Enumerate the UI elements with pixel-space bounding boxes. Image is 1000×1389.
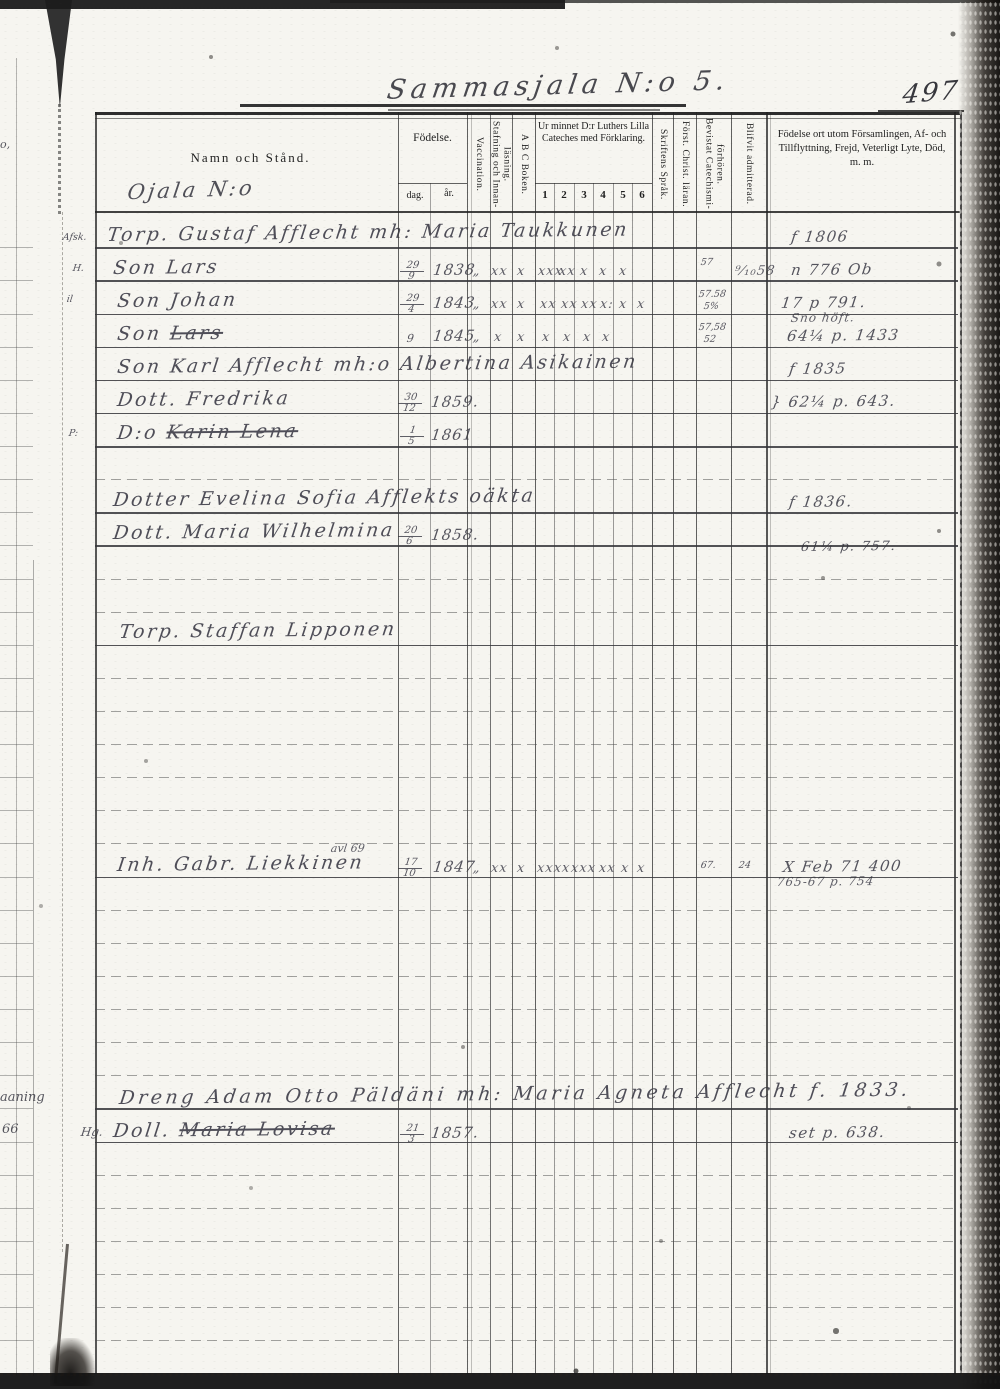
grid-line [95,380,958,382]
birth-day: 9 [406,332,416,345]
grid-line [95,1042,958,1043]
grid-line [0,579,33,580]
grid-line [95,843,958,844]
grid-line [535,183,652,184]
catechism-mark: x [598,264,608,279]
grid-line [95,943,958,944]
catechism-mark: x [541,330,551,345]
grid-line [95,112,97,1374]
catechism-mark: x [601,330,611,345]
column-header-scripture-language: Skriftens Språk. [652,117,673,211]
grid-line [95,612,958,613]
grid-line [95,810,958,811]
column-header-remarks: Födelse ort utom Församlingen, Af- och T… [776,128,948,170]
grid-line [0,545,33,546]
grid-line [95,777,958,778]
name-struck: Lars [169,322,225,345]
column-header-name: Namn och Stånd. [118,150,383,166]
grid-line [0,1042,33,1043]
grid-line [613,183,614,1374]
column-header-birth: Födelse. [398,132,467,144]
remark: set p. 638. [788,1123,887,1142]
grid-line [16,58,17,1376]
spelling-mark: xx [490,861,509,876]
grid-line [673,112,674,1374]
name-part: D:o [116,421,168,444]
name-entry: Dott. Maria Wilhelmina [112,519,396,544]
grid-line [0,943,33,944]
place-name-handwritten: Ojala N:o [126,176,257,204]
grid-line [0,347,33,348]
meeting-note: 57 [700,257,714,268]
grid-line [0,512,33,513]
grid-line [95,711,958,712]
catechism-mark: x [562,330,572,345]
grid-line [0,280,33,281]
birth-year: 1858. [430,525,480,544]
ledger-table: Namn och Stånd. Ojala N:o Födelse. dag. … [0,0,1000,1389]
column-header-christian-doctrine: Först. Christ. läran. [673,117,696,211]
scanned-ledger-page: Sammasjala N:o 5. 497 Namn och Stånd. Oj… [0,0,1000,1389]
grid-line [696,112,697,1374]
column-header-catechism-meetings: Bevistat Catechismi-förhören. [696,117,731,211]
grid-line [0,910,33,911]
catechism-col-4: 4 [594,189,612,201]
ledger-row: Hg. Doll. Maria Lovisa 213 1857. set p. … [0,1115,1000,1145]
grid-line [95,247,958,249]
birth-day: 206 [397,526,424,547]
grid-line [731,112,732,1374]
birth-year: 1859. [430,392,480,411]
grid-line [593,183,594,1374]
remark: 64¼ p. 1433 [786,326,901,345]
catechism-mark: x [582,330,592,345]
grid-line [95,112,960,115]
name-entry: D:o Karin Lena [116,420,300,444]
grid-line [95,645,958,647]
remark: X Feb 71 400 [782,857,903,876]
grid-line [95,446,958,448]
catechism-mark: x [618,264,628,279]
grid-line [95,877,958,879]
vaccination-mark: „ [472,330,482,345]
name-struck: Maria Lovisa [178,1118,336,1142]
meeting-note-2: 5% [703,301,720,312]
birth-day: 294 [399,294,426,315]
birth-day-den: 3 [399,1135,424,1145]
grid-line [490,112,491,1374]
name-entry: Torp. Staffan Lipponen [118,618,398,643]
grid-line [0,1009,33,1010]
grid-line [512,112,513,1374]
column-header-abc-book: A B C Boken. [512,117,535,211]
grid-line [95,1175,958,1176]
grid-line [95,1075,958,1076]
grid-line [0,380,33,381]
catechism-mark: x [579,264,589,279]
grid-line [0,744,33,745]
scan-edge-right [958,0,1000,1389]
grid-line [0,1274,33,1275]
grid-line [95,678,958,679]
grid-line [0,1340,33,1341]
grid-line [766,112,768,1374]
scan-edge-bottom [0,1373,1000,1389]
abc-mark: x [516,861,526,876]
remark: 17 p 791. [780,293,868,312]
grid-line [0,1208,33,1209]
catechism-mark: xx [580,297,599,312]
grid-line [0,479,33,480]
spelling-mark: xx [490,264,509,279]
ledger-row: Afsk. Torp. Gustaf Afflecht mh: Maria Ta… [0,219,1000,249]
grid-line [95,910,958,911]
grid-line [0,413,33,414]
grid-line [554,183,555,1374]
grid-line [0,843,33,844]
grid-line [0,446,33,447]
grid-line [0,314,33,315]
grid-line [95,1274,958,1275]
grid-line [0,612,33,613]
grid-line [95,314,958,316]
grid-line [0,976,33,977]
name-entry: Son Johan [116,289,239,312]
grid-line [535,112,536,1374]
catechism-col-5: 5 [614,189,632,201]
grid-line [95,211,960,213]
grid-line [95,744,958,745]
ledger-row: Dott. Maria Wilhelmina 206 1858. 61¼ p. … [0,517,1000,547]
birth-year: 1847 [432,858,477,876]
birth-year: 1838 [432,261,477,279]
birth-year: 1845 [432,327,477,345]
grid-line [95,1241,958,1242]
grid-line [652,112,653,1374]
admitted-note: 24 [738,860,752,871]
name-entry: Dreng Adam Otto Päldäni mh: Maria Agneta… [118,1079,912,1109]
grid-line [0,247,33,248]
column-header-admitted: Blifvit admitterad. [731,117,766,211]
grid-line [95,1142,958,1144]
ledger-row: H. Son Lars 299 1838 „ xx x xxx xx x x x… [0,252,1000,282]
spelling-mark: xx [490,297,509,312]
margin-mark: il [66,294,74,305]
grid-line [95,413,958,415]
remark: f 1806 [790,227,850,246]
remark: f 1836. [788,492,854,511]
remark: f 1835 [788,359,848,378]
grid-line [467,112,468,1374]
catechism-col-3: 3 [575,189,593,201]
column-header-year: år. [432,188,466,199]
grid-line [95,1108,958,1110]
birth-day: 3012 [397,393,424,414]
name-entry: Son Lars [116,322,225,345]
catechism-col-6: 6 [633,189,651,201]
grid-line [95,347,958,349]
grid-line [95,579,958,580]
grid-line [95,1307,958,1308]
grid-line [0,1142,33,1143]
grid-line [398,112,399,1374]
name-part: Son [116,322,172,345]
remark: n 776 Ob [790,260,874,279]
column-header-catechism: Ur minnet D:r Luthers Lilla Cateches med… [537,121,650,145]
grid-line [954,112,956,1374]
grid-line [95,479,958,480]
grid-line [95,280,958,282]
catechism-mark: x [636,861,646,876]
grid-line [33,560,34,1376]
grid-line [95,545,958,547]
ledger-row: Son Karl Afflecht mh:o Albertina Asikain… [0,351,1000,381]
remark: } 62¼ p. 643. [770,392,897,411]
grid-line [770,112,771,1374]
grid-line [632,183,633,1374]
catechism-mark: x [636,297,646,312]
catechism-mark: x [618,297,628,312]
birth-year: 1857. [430,1123,480,1142]
meeting-note-2: 52 [703,334,717,345]
grid-line [0,1241,33,1242]
name-entry: Torp. Gustaf Afflecht mh: Maria Taukkune… [106,219,630,246]
spelling-mark: x [493,330,503,345]
grid-line [398,183,467,184]
catechism-mark: x [620,861,630,876]
catechism-col-1: 1 [536,189,554,201]
grid-line [0,777,33,778]
name-entry: Dott. Fredrika [116,387,292,411]
name-part: Doll. [112,1119,181,1142]
grid-line [0,1075,33,1076]
grid-line [471,112,472,1374]
margin-note-top: o, [0,138,10,151]
margin-mark: P: [68,428,79,439]
grid-line [0,1175,33,1176]
name-entry: Inh. Gabr. Liekkinen [116,851,366,876]
ledger-row: P: D:o Karin Lena 15 1861 [0,417,1000,447]
meeting-note: 67. [700,860,717,871]
meeting-note: 57.58 [698,289,727,300]
ledger-row: il Son Johan 294 1843 „ xx x xx xx xx x:… [0,285,1000,315]
catechism-col-2: 2 [555,189,573,201]
column-header-day: dag. [398,190,432,201]
abc-mark: x [516,264,526,279]
birth-year: 1843 [432,294,477,312]
grid-line [95,1208,958,1209]
grid-line [0,678,33,679]
grid-line [95,1340,958,1341]
name-struck: Karin Lena [165,420,299,443]
grid-line [95,512,958,514]
ledger-row: Dott. Fredrika 3012 1859. } 62¼ p. 643. [0,384,1000,414]
vaccination-mark: „ [472,297,482,312]
grid-line [430,183,431,1374]
grid-line [0,1108,33,1109]
grid-line [574,183,575,1374]
margin-mark: Afsk. [62,232,87,243]
grid-line [0,1307,33,1308]
grid-line [0,810,33,811]
column-header-spelling-reading: Stafning och Innan-läsning. [489,117,512,211]
ledger-row: Dotter Evelina Sofia Afflekts oäkta f 18… [0,484,1000,514]
catechism-mark: xx [560,297,579,312]
remark: 61¼ p. 757. [800,539,897,555]
vaccination-mark: „ [472,861,482,876]
ledger-row: avl 69 Inh. Gabr. Liekkinen 1710 1847 „ … [0,849,1000,879]
margin-mark: H. [72,263,85,274]
abc-mark: x [516,330,526,345]
margin-mark: Hg. [80,1125,104,1139]
ledger-row: Torp. Staffan Lipponen [0,616,1000,646]
name-entry: Son Karl Afflecht mh:o Albertina Asikain… [116,351,639,378]
grid-line [95,118,960,119]
grid-line [0,877,33,878]
meeting-note: 57,58 [698,322,727,333]
birth-day: 15 [399,426,426,447]
grid-line [0,711,33,712]
name-entry: Doll. Maria Lovisa [112,1118,336,1142]
vaccination-mark: „ [472,264,482,279]
grid-line [95,976,958,977]
name-entry: Dotter Evelina Sofia Afflekts oäkta [112,485,537,511]
grid-line [95,1009,958,1010]
ledger-row: Son Lars 9 1845 „ x x x x x x 57,58 52 6… [0,318,1000,348]
name-entry: Son Lars [112,256,221,279]
birth-day: 299 [399,261,426,282]
abc-mark: x [516,297,526,312]
grid-line [0,645,33,646]
